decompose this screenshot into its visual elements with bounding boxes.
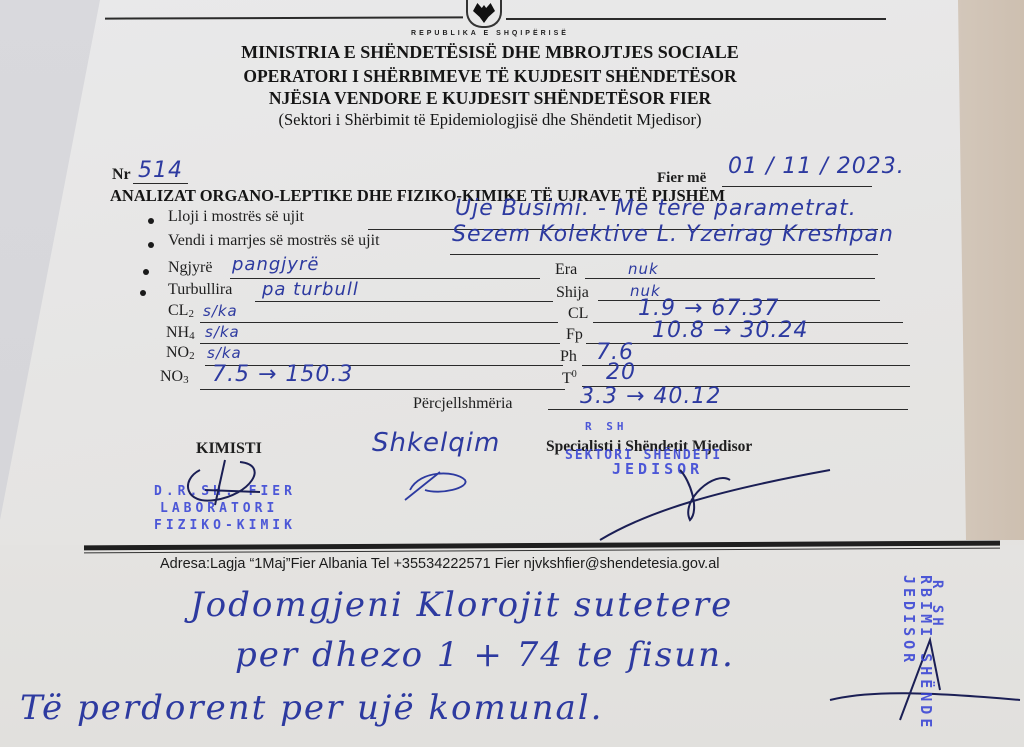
bullet [143,269,149,275]
date-value: 01 / 11 / 2023. [728,154,905,179]
odor-value: nuk [628,260,659,278]
chemist-stamp-line-3: FIZIKO-KIMIK [154,518,296,533]
sample-place-value: Sezem Kolektive L. Yzeirag Kreshpan [452,222,894,247]
bullet [140,290,146,296]
ph-label: Ph [560,348,577,366]
specialist-stamp-line-1: R SH [585,420,628,433]
eagle-icon [473,3,495,23]
side-stamp-line-3: JEDISOR [900,575,918,666]
cl2-label-text: CL [168,302,188,319]
odor-underline [585,278,875,279]
header-rule-right [506,18,886,20]
no2-label-text: NO [166,344,189,361]
ministry-title: MINISTRIA E SHËNDETËSISË DHE MBROJTJES S… [160,42,820,63]
nh4-label-text: NH [166,324,189,341]
sample-type-value: Uje Busimi. - Me tere parametrat. [455,196,857,221]
cl2-subscript: 2 [188,308,194,320]
date-label: Fier më [657,170,706,187]
no2-value: s/ka [207,344,242,362]
fp-label: Fp [566,326,583,344]
color-value: pangjyrë [232,254,319,275]
fp-value: 10.8 → 30.24 [652,318,808,343]
nh4-label: NH4 [166,324,195,342]
cl2-label: CL2 [168,302,194,320]
turbidity-underline [255,301,553,302]
side-stamp-line-2: RBIMI SHËNDE [917,575,935,731]
no3-value: 7.5 → 150.3 [212,362,353,387]
temperature-value: 20 [606,360,636,385]
color-label: Ngjyrë [168,259,212,277]
sample-place-label: Vendi i marrjes së mostrës së ujit [168,232,380,250]
cl-label: CL [568,305,588,323]
number-value: 514 [138,158,183,183]
nh4-subscript: 4 [189,330,195,342]
conductivity-label: Përcjellshmëria [413,395,513,413]
temperature-superscript: 0 [572,369,577,380]
taste-label: Shija [556,284,589,302]
turbidity-value: pa turbull [262,279,359,300]
republic-label: REPUBLIKA E SHQIPËRISË [380,30,600,37]
date-underline [722,186,872,187]
unit-title: NJËSIA VENDORE E KUJDESIT SHËNDETËSOR FI… [160,88,820,109]
no3-underline [200,389,565,390]
operator-title: OPERATORI I SHËRBIMEVE TË KUJDESIT SHËND… [160,66,820,87]
emblem-icon [466,0,502,28]
note-line-3: Të perdorent per ujë komunal. [20,688,603,728]
no3-subscript: 3 [183,374,189,386]
sample-place-underline [450,254,878,255]
note-line-2: per dhezo 1 + 74 te fisun. [235,635,735,675]
fp-underline [586,343,908,344]
chemist-signature: Shkelqim [372,428,500,458]
sector-subtitle: (Sektori i Shërbimit të Epidemiologjisë … [160,110,820,130]
sample-type-label: Lloji i mostrës së ujit [168,208,304,226]
specialist-stamp-line-3: JEDISOR [612,460,703,478]
temperature-label: T0 [562,369,577,388]
no2-subscript: 2 [189,350,195,362]
conductivity-underline [548,409,908,410]
temperature-label-text: T [562,370,572,387]
note-line-1: Jodomgjeni Klorojit sutetere [190,585,733,625]
cl2-value: s/ka [203,302,238,320]
chemist-stamp-line-2: LABORATORI [160,501,278,516]
nh4-value: s/ka [205,323,240,341]
cl2-underline [200,322,558,323]
no3-label-text: NO [160,368,183,385]
conductivity-value: 3.3 → 40.12 [580,384,721,409]
nh4-underline [200,343,560,344]
no2-label: NO2 [166,344,195,362]
odor-label: Era [555,261,577,279]
chemist-stamp-line-1: D.R.SH. FIER [154,484,296,499]
footer-address: Adresa:Lagja “1Maj”Fier Albania Tel +355… [160,556,719,572]
number-underline [133,183,188,184]
no3-label: NO3 [160,368,189,386]
turbidity-label: Turbullira [168,281,232,299]
bullet [148,242,154,248]
number-label: Nr [112,166,131,184]
bullet [148,218,154,224]
chemist-label: KIMISTI [196,440,262,458]
